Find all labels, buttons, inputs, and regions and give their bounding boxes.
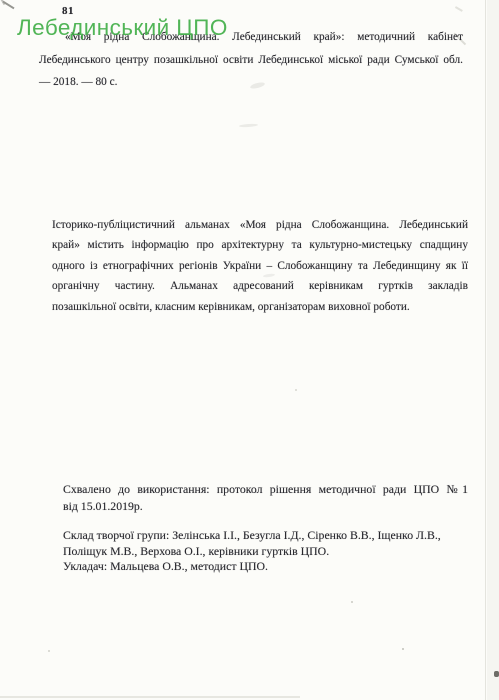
scan-bottom-line bbox=[0, 696, 300, 698]
scanned-document-page: 81 Лебединський ЦПО «Моя рідна Слобожанщ… bbox=[0, 0, 499, 700]
ink-speck bbox=[48, 650, 50, 652]
text-line: Укладач: Мальцева О.В., методист ЦПО. bbox=[63, 559, 475, 575]
ink-speck bbox=[351, 601, 353, 603]
approval-note: Схвалено до використання: протокол рішен… bbox=[63, 481, 468, 515]
ink-speck bbox=[295, 389, 297, 391]
scan-edge-line bbox=[485, 0, 486, 700]
text-line: Схвалено до використання: протокол рішен… bbox=[63, 481, 468, 498]
scan-edge-strip bbox=[487, 0, 499, 700]
smudge-mark bbox=[239, 123, 258, 127]
corner-scratch-mark bbox=[2, 1, 14, 10]
text-line: — 2018. — 80 с. bbox=[39, 71, 463, 94]
text-line: позашкільної освіти, класним керівникам,… bbox=[52, 297, 468, 317]
text-line: одного із етнографічних регіонів України… bbox=[52, 256, 468, 276]
text-line: Історико-публіцистичний альманах «Моя рі… bbox=[52, 215, 468, 235]
ink-speck bbox=[494, 671, 499, 677]
text-line: Склад творчої групи: Зелінська І.І., Без… bbox=[63, 528, 475, 544]
creative-team-note: Склад творчої групи: Зелінська І.І., Без… bbox=[63, 528, 475, 575]
text-line: органічну частину. Альманах адресований … bbox=[52, 276, 468, 296]
text-line: Лебединського центру позашкільної освіти… bbox=[39, 49, 463, 72]
corner-scratch-mark bbox=[1, 0, 6, 5]
scratch-mark bbox=[455, 6, 463, 11]
text-line: Поліщук М.В., Верхова О.І., керівники гу… bbox=[63, 544, 475, 560]
text-line: край» містить інформацію про архітектурн… bbox=[52, 235, 468, 255]
text-line: від 15.01.2019р. bbox=[63, 498, 468, 515]
ink-speck bbox=[402, 648, 404, 650]
watermark-text: Лебединський ЦПО bbox=[17, 15, 228, 41]
annotation-paragraph: Історико-публіцистичний альманах «Моя рі… bbox=[52, 215, 468, 317]
